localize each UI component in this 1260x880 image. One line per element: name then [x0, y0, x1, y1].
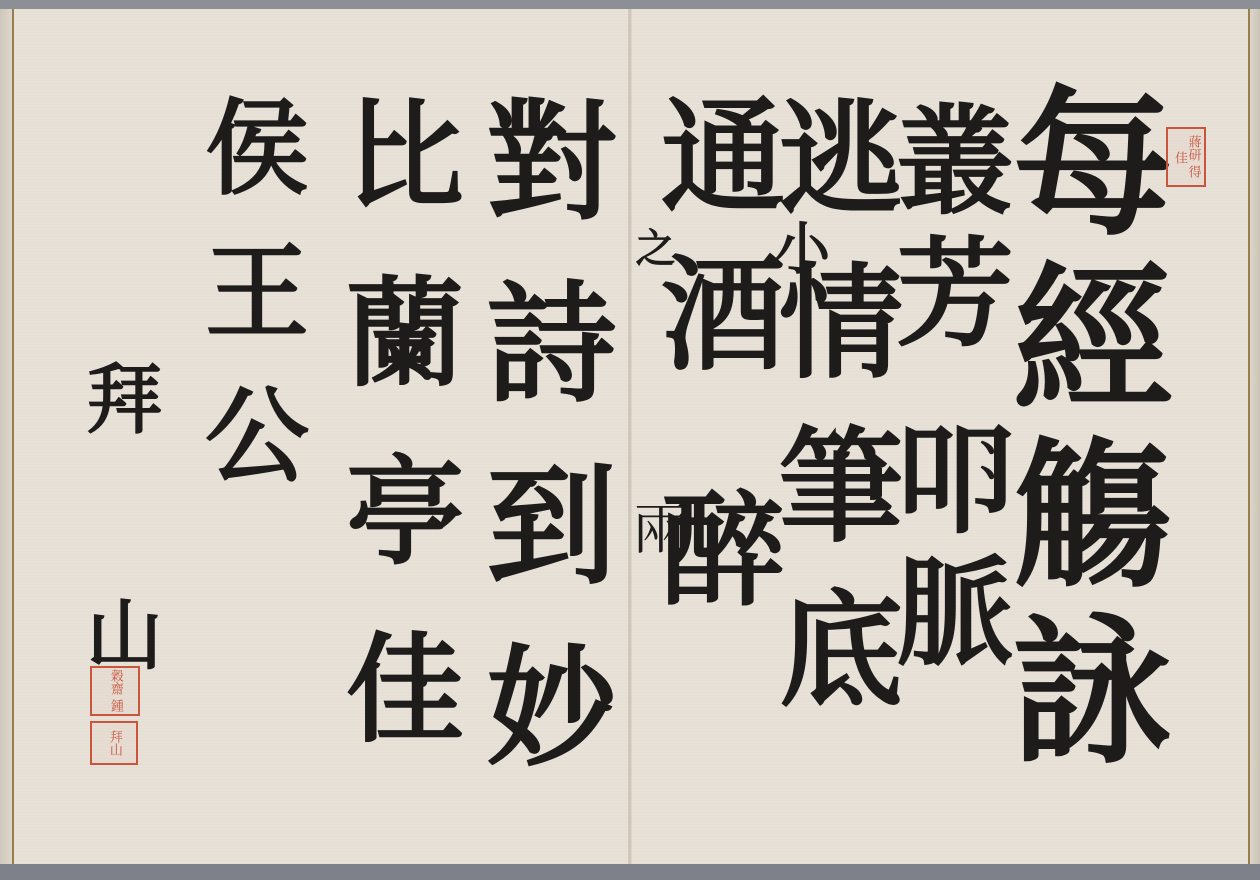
- seal-bottom-left-lower: 拜山: [90, 721, 138, 765]
- calligraphy-column-3: 逃情筆底: [768, 93, 892, 749]
- calligraphy-column-4: 通酒 醉: [650, 91, 774, 642]
- small-char: 之: [632, 227, 672, 267]
- album-right-edge: [1248, 9, 1260, 864]
- bottom-background-band: [0, 864, 1260, 880]
- seal-bottom-left-upper: 穀齋 鍾: [90, 666, 140, 716]
- calligraphy-column-7: 侯王公: [196, 93, 300, 525]
- calligraphy-column-2: 叢芳 叩脈: [886, 99, 1004, 682]
- calligraphy-column-1: 每經觴詠: [1000, 79, 1160, 783]
- calligraphy-album: 每經觴詠 叢芳 叩脈 逃情筆底 通酒 醉 對詩到妙 比蘭亭佳 侯王公 拜山 之 …: [0, 9, 1260, 864]
- small-char: 小: [770, 219, 826, 275]
- small-char: 兩: [628, 499, 684, 555]
- small-mark: 、、: [944, 439, 994, 514]
- calligraphy-column-6: 比蘭亭佳: [336, 93, 454, 805]
- top-background-band: [0, 0, 1260, 9]
- album-left-edge: [0, 9, 14, 864]
- calligraphy-column-5: 對詩到妙: [476, 93, 606, 821]
- seal-top-right: 蔣研 得佳: [1166, 127, 1206, 187]
